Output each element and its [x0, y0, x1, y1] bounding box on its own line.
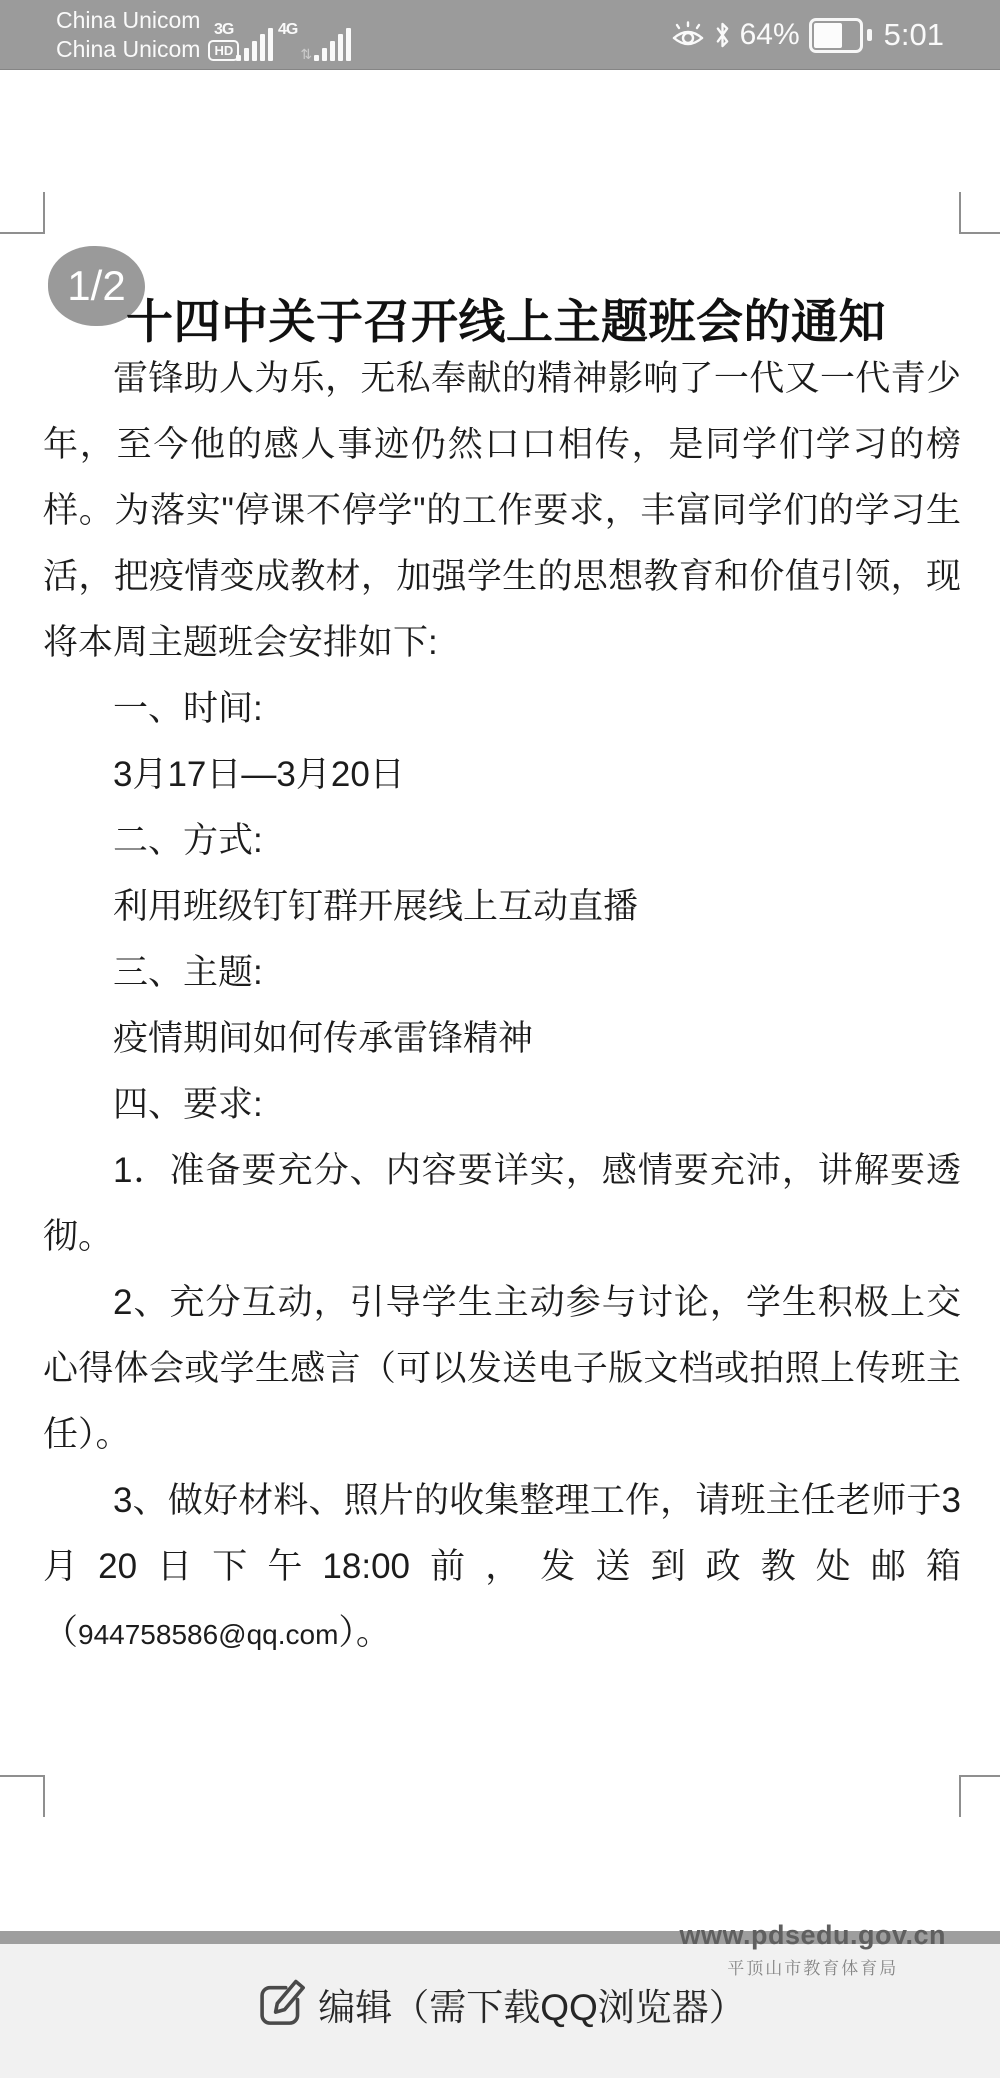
clock-time: 5:01 [884, 17, 944, 53]
section4-heading: 四、要求: [43, 1072, 961, 1138]
battery-icon [809, 18, 863, 53]
section2-heading: 二、方式: [43, 808, 961, 874]
source-watermark: www.pdsedu.gov.cn 平顶山市教育体育局 [679, 1920, 946, 1979]
section2-body: 利用班级钉钉群开展线上互动直播 [43, 874, 961, 940]
requirement-2: 2、充分互动，引导学生主动参与讨论，学生积极上交心得体会或学生感言（可以发送电子… [43, 1270, 961, 1468]
requirement-3: 3、做好材料、照片的收集整理工作，请班主任老师于3月20日下午18:00前，发送… [43, 1468, 961, 1668]
edit-button-label: 编辑（需下载QQ浏览器） [318, 1977, 746, 2031]
document-title: 十四中关于召开线上主题班会的通知 [126, 285, 886, 352]
signal-strength-4g-icon: 4G ⇅ [278, 21, 351, 61]
edit-button[interactable]: 编辑（需下载QQ浏览器） [248, 1976, 752, 2032]
paragraph-intro: 雷锋助人为乐，无私奉献的精神影响了一代又一代青少年，至今他的感人事迹仍然口口相传… [43, 346, 961, 676]
battery-percentage: 64% [740, 18, 800, 52]
page-corner-mark-top-left [0, 192, 45, 234]
watermark-organization: 平顶山市教育体育局 [679, 1954, 946, 1979]
bluetooth-icon [714, 21, 731, 49]
network-type-4g-label: 4G [278, 21, 297, 39]
signal-strength-3g-icon: 3G [214, 21, 273, 61]
page-corner-mark-bottom-right [959, 1775, 1000, 1817]
network-type-3g-label: 3G [214, 21, 233, 39]
carrier-name-line2: China Unicom [56, 35, 200, 64]
eye-protection-icon [671, 20, 705, 50]
phone-screen: China Unicom China Unicom HD 3G 4G ⇅ [0, 0, 1000, 2078]
section3-body: 疫情期间如何传承雷锋精神 [43, 1006, 961, 1072]
page-corner-mark-bottom-left [0, 1775, 45, 1817]
requirement-3-closing: ）。 [338, 1613, 391, 1652]
edit-icon [254, 1977, 308, 2031]
page-corner-mark-top-right [959, 192, 1000, 234]
data-activity-arrows-icon: ⇅ [300, 47, 312, 61]
signal-bars-4g [314, 28, 351, 61]
section1-body: 3月17日—3月20日 [43, 742, 961, 808]
carrier-name-line1: China Unicom [56, 6, 200, 35]
requirement-1: 1．准备要充分、内容要详实，感情要充沛，讲解要透彻。 [43, 1138, 961, 1270]
email-address: 944758586@qq.com [78, 1619, 338, 1650]
watermark-website: www.pdsedu.gov.cn [679, 1920, 946, 1951]
document-body: 雷锋助人为乐，无私奉献的精神影响了一代又一代青少年，至今他的感人事迹仍然口口相传… [43, 346, 961, 1668]
signal-bars-3g [236, 28, 273, 61]
carrier-labels: China Unicom China Unicom HD [56, 6, 239, 64]
section3-heading: 三、主题: [43, 940, 961, 1006]
battery-cap-icon [867, 29, 872, 41]
status-bar: China Unicom China Unicom HD 3G 4G ⇅ [0, 0, 1000, 70]
status-bar-right: 64% 5:01 [671, 0, 944, 70]
section1-heading: 一、时间: [43, 676, 961, 742]
